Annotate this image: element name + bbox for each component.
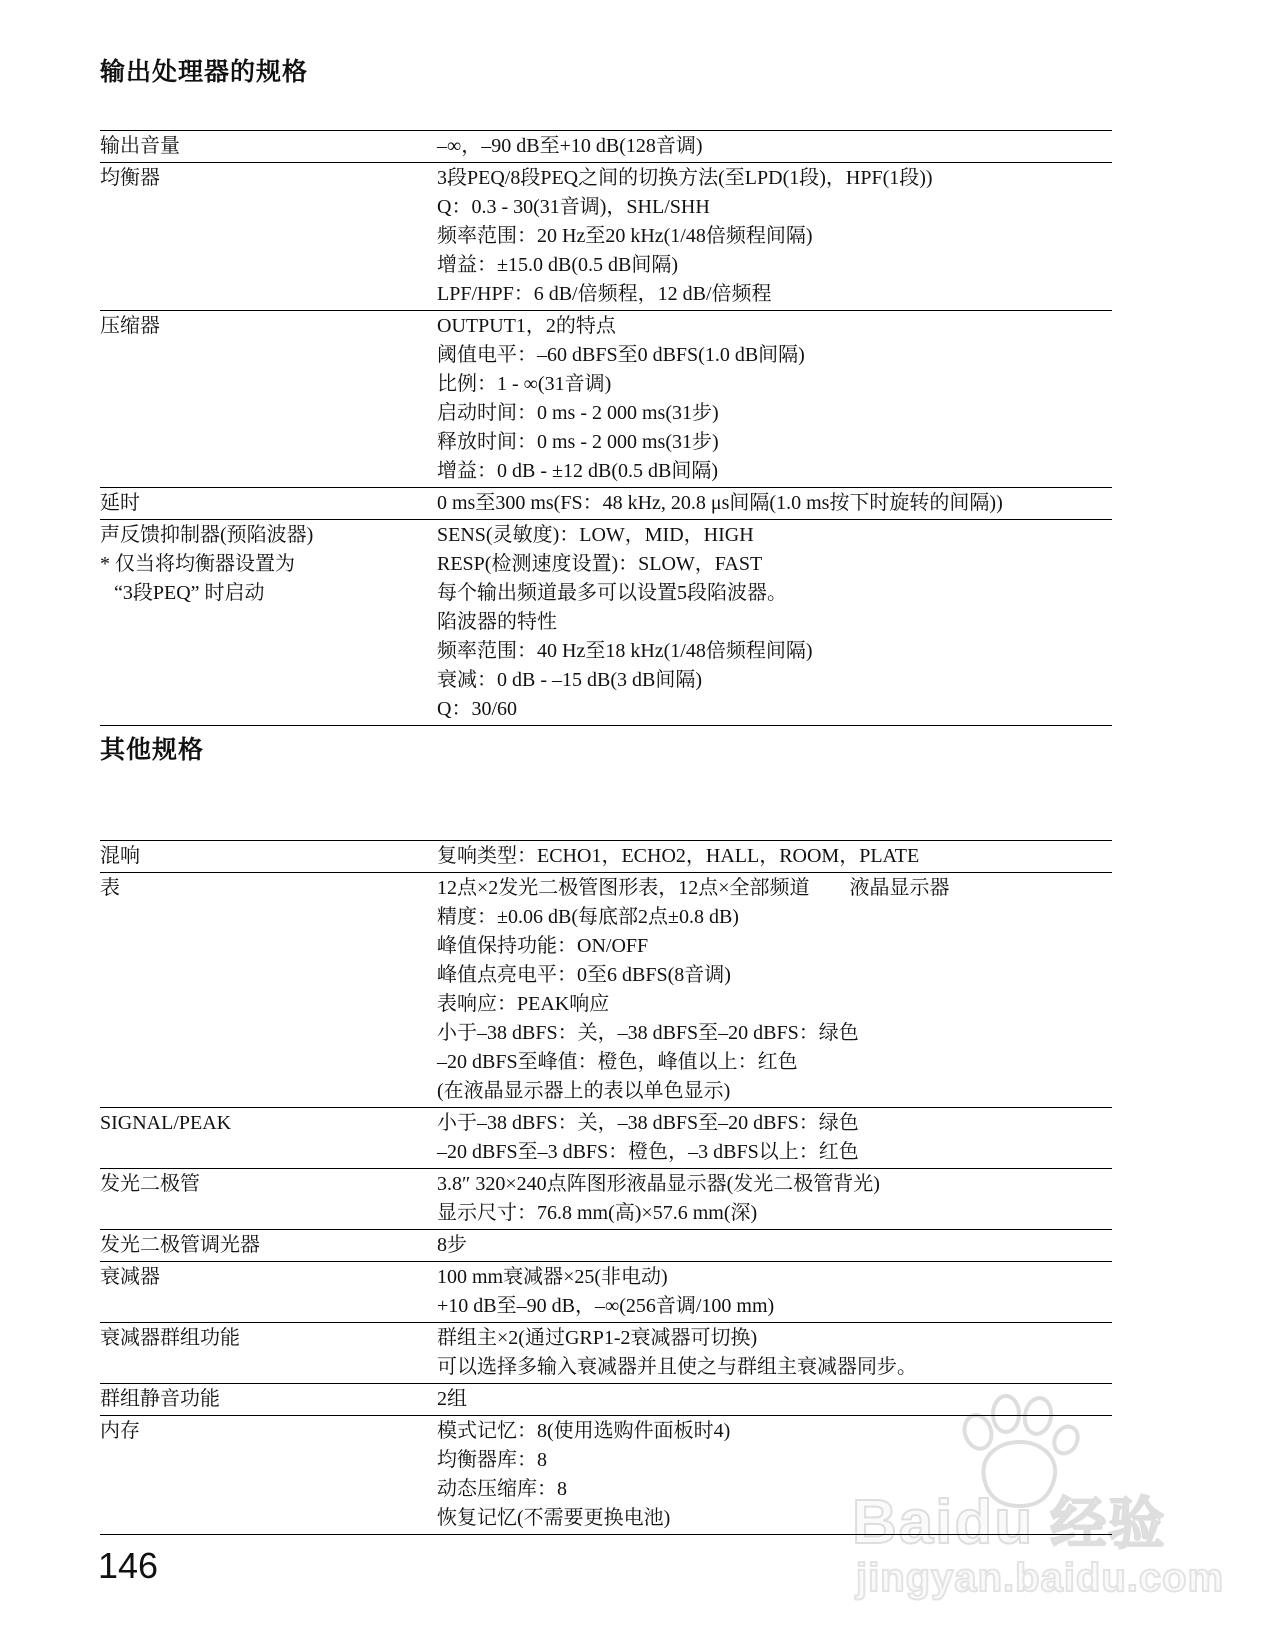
spec-row: 发光二极管调光器8步: [100, 1229, 1112, 1261]
spec-value-line: 小于–38 dBFS：关，–38 dBFS至–20 dBFS：绿色: [437, 1109, 1112, 1138]
section-title-output-processor-specs: 输出处理器的规格: [100, 52, 308, 88]
spec-row: 衰减器群组功能群组主×2(通过GRP1-2衰减器可切换)可以选择多输入衰减器并且…: [100, 1322, 1112, 1383]
spec-row: 声反馈抑制器(预陷波器)* 仅当将均衡器设置为“3段PEQ” 时启动SENS(灵…: [100, 519, 1112, 725]
spec-value-line: 阈值电平：–60 dBFS至0 dBFS(1.0 dB间隔): [437, 341, 1112, 370]
spec-value-line: 100 mm衰减器×25(非电动): [437, 1263, 1112, 1292]
spec-value-line: –∞，–90 dB至+10 dB(128音调): [437, 132, 1112, 161]
spec-value-line: LPF/HPF：6 dB/倍频程，12 dB/倍频程: [437, 280, 1112, 309]
spec-value-line: 恢复记忆(不需要更换电池): [437, 1504, 1112, 1533]
spec-value-line: –20 dBFS至峰值：橙色，峰值以上：红色: [437, 1048, 1112, 1077]
spec-value-line: 启动时间：0 ms - 2 000 ms(31步): [437, 399, 1112, 428]
spec-value-line: –20 dBFS至–3 dBFS：橙色，–3 dBFS以上：红色: [437, 1138, 1112, 1167]
spec-label-cell: 发光二极管: [100, 1170, 437, 1199]
document-page: Baidu经验 jingyan.baidu.com 输出处理器的规格 输出音量–…: [0, 0, 1275, 1652]
spec-row: 表12点×2发光二极管图形表，12点×全部频道 液晶显示器精度：±0.06 dB…: [100, 872, 1112, 1107]
spec-value-line: 每个输出频道最多可以设置5段陷波器。: [437, 579, 1112, 608]
spec-label: 群组静音功能: [100, 1385, 437, 1414]
spec-values: 0 ms至300 ms(FS：48 kHz, 20.8 μs间隔(1.0 ms按…: [437, 489, 1112, 518]
spec-values: 小于–38 dBFS：关，–38 dBFS至–20 dBFS：绿色–20 dBF…: [437, 1109, 1112, 1167]
spec-label: 延时: [100, 489, 437, 518]
spec-label-note: * 仅当将均衡器设置为: [100, 550, 437, 579]
spec-value-line: SENS(灵敏度)：LOW，MID，HIGH: [437, 521, 1112, 550]
spec-row: 延时0 ms至300 ms(FS：48 kHz, 20.8 μs间隔(1.0 m…: [100, 487, 1112, 519]
spec-row: SIGNAL/PEAK小于–38 dBFS：关，–38 dBFS至–20 dBF…: [100, 1107, 1112, 1168]
spec-value-line: 陷波器的特性: [437, 608, 1112, 637]
spec-value-line: 群组主×2(通过GRP1-2衰减器可切换): [437, 1324, 1112, 1353]
spec-label-cell: 混响: [100, 842, 437, 871]
spec-row: 混响复响类型：ECHO1，ECHO2，HALL，ROOM，PLATE: [100, 840, 1112, 872]
spec-label: 均衡器: [100, 164, 437, 193]
output-processor-spec-table: 输出音量–∞，–90 dB至+10 dB(128音调)均衡器3段PEQ/8段PE…: [100, 130, 1112, 726]
spec-values: –∞，–90 dB至+10 dB(128音调): [437, 132, 1112, 161]
spec-label-cell: 衰减器群组功能: [100, 1324, 437, 1353]
spec-value-line: OUTPUT1，2的特点: [437, 312, 1112, 341]
spec-value-line: 0 ms至300 ms(FS：48 kHz, 20.8 μs间隔(1.0 ms按…: [437, 489, 1112, 518]
spec-label-cell: 延时: [100, 489, 437, 518]
spec-value-line: 增益：0 dB - ±12 dB(0.5 dB间隔): [437, 457, 1112, 486]
spec-label: 衰减器群组功能: [100, 1324, 437, 1353]
spec-label-cell: 内存: [100, 1417, 437, 1446]
spec-row: 群组静音功能2组: [100, 1383, 1112, 1415]
spec-values: 2组: [437, 1385, 1112, 1414]
spec-value-line: 8步: [437, 1231, 1112, 1260]
spec-value-line: 峰值保持功能：ON/OFF: [437, 932, 1112, 961]
spec-values: 群组主×2(通过GRP1-2衰减器可切换)可以选择多输入衰减器并且使之与群组主衰…: [437, 1324, 1112, 1382]
spec-value-line: 12点×2发光二极管图形表，12点×全部频道 液晶显示器: [437, 874, 1112, 903]
spec-value-line: 频率范围：20 Hz至20 kHz(1/48倍频程间隔): [437, 222, 1112, 251]
spec-label: 发光二极管调光器: [100, 1231, 437, 1260]
spec-label-cell: 群组静音功能: [100, 1385, 437, 1414]
spec-row: 衰减器100 mm衰减器×25(非电动)+10 dB至–90 dB，–∞(256…: [100, 1261, 1112, 1322]
other-spec-table: 混响复响类型：ECHO1，ECHO2，HALL，ROOM，PLATE表12点×2…: [100, 840, 1112, 1535]
spec-value-line: Q：30/60: [437, 695, 1112, 724]
section-title-other-specs: 其他规格: [100, 730, 204, 766]
spec-value-line: 动态压缩库：8: [437, 1475, 1112, 1504]
spec-row: 压缩器OUTPUT1，2的特点阈值电平：–60 dBFS至0 dBFS(1.0 …: [100, 310, 1112, 487]
spec-label-cell: 压缩器: [100, 312, 437, 341]
spec-value-line: 比例：1 - ∞(31音调): [437, 370, 1112, 399]
spec-row: 均衡器3段PEQ/8段PEQ之间的切换方法(至LPD(1段)，HPF(1段))Q…: [100, 162, 1112, 310]
spec-values: 模式记忆：8(使用选购件面板时4)均衡器库：8动态压缩库：8恢复记忆(不需要更换…: [437, 1417, 1112, 1533]
spec-value-line: 频率范围：40 Hz至18 kHz(1/48倍频程间隔): [437, 637, 1112, 666]
spec-label-cell: 表: [100, 874, 437, 903]
spec-value-line: 均衡器库：8: [437, 1446, 1112, 1475]
spec-values: 8步: [437, 1231, 1112, 1260]
spec-value-line: +10 dB至–90 dB，–∞(256音调/100 mm): [437, 1292, 1112, 1321]
spec-values: 3段PEQ/8段PEQ之间的切换方法(至LPD(1段)，HPF(1段))Q：0.…: [437, 164, 1112, 309]
spec-values: 100 mm衰减器×25(非电动)+10 dB至–90 dB，–∞(256音调/…: [437, 1263, 1112, 1321]
spec-label: 表: [100, 874, 437, 903]
spec-value-line: Q：0.3 - 30(31音调)，SHL/SHH: [437, 193, 1112, 222]
spec-value-line: 复响类型：ECHO1，ECHO2，HALL，ROOM，PLATE: [437, 842, 1112, 871]
spec-row: 发光二极管3.8″ 320×240点阵图形液晶显示器(发光二极管背光)显示尺寸：…: [100, 1168, 1112, 1229]
spec-value-line: 显示尺寸：76.8 mm(高)×57.6 mm(深): [437, 1199, 1112, 1228]
spec-value-line: RESP(检测速度设置)：SLOW，FAST: [437, 550, 1112, 579]
spec-label-note: “3段PEQ” 时启动: [100, 579, 437, 608]
spec-value-line: 衰减：0 dB - –15 dB(3 dB间隔): [437, 666, 1112, 695]
spec-label: SIGNAL/PEAK: [100, 1109, 437, 1138]
spec-label: 发光二极管: [100, 1170, 437, 1199]
spec-label: 声反馈抑制器(预陷波器): [100, 521, 437, 550]
spec-value-line: 可以选择多输入衰减器并且使之与群组主衰减器同步。: [437, 1353, 1112, 1382]
spec-label: 混响: [100, 842, 437, 871]
spec-value-line: 表响应：PEAK响应: [437, 990, 1112, 1019]
spec-label: 压缩器: [100, 312, 437, 341]
spec-label-cell: 声反馈抑制器(预陷波器)* 仅当将均衡器设置为“3段PEQ” 时启动: [100, 521, 437, 608]
watermark-url-text: jingyan.baidu.com: [856, 1556, 1224, 1601]
spec-label: 内存: [100, 1417, 437, 1446]
spec-label-cell: 输出音量: [100, 132, 437, 161]
spec-value-line: 小于–38 dBFS：关，–38 dBFS至–20 dBFS：绿色: [437, 1019, 1112, 1048]
spec-label-cell: SIGNAL/PEAK: [100, 1109, 437, 1138]
spec-value-line: 3.8″ 320×240点阵图形液晶显示器(发光二极管背光): [437, 1170, 1112, 1199]
spec-row: 输出音量–∞，–90 dB至+10 dB(128音调): [100, 130, 1112, 162]
spec-value-line: 增益：±15.0 dB(0.5 dB间隔): [437, 251, 1112, 280]
spec-value-line: 3段PEQ/8段PEQ之间的切换方法(至LPD(1段)，HPF(1段)): [437, 164, 1112, 193]
spec-values: OUTPUT1，2的特点阈值电平：–60 dBFS至0 dBFS(1.0 dB间…: [437, 312, 1112, 486]
spec-row: 内存模式记忆：8(使用选购件面板时4)均衡器库：8动态压缩库：8恢复记忆(不需要…: [100, 1415, 1112, 1534]
spec-label-cell: 发光二极管调光器: [100, 1231, 437, 1260]
spec-values: 复响类型：ECHO1，ECHO2，HALL，ROOM，PLATE: [437, 842, 1112, 871]
spec-label-cell: 衰减器: [100, 1263, 437, 1292]
spec-values: SENS(灵敏度)：LOW，MID，HIGHRESP(检测速度设置)：SLOW，…: [437, 521, 1112, 724]
spec-value-line: 释放时间：0 ms - 2 000 ms(31步): [437, 428, 1112, 457]
spec-value-line: (在液晶显示器上的表以单色显示): [437, 1077, 1112, 1106]
spec-value-line: 模式记忆：8(使用选购件面板时4): [437, 1417, 1112, 1446]
spec-value-line: 2组: [437, 1385, 1112, 1414]
spec-values: 12点×2发光二极管图形表，12点×全部频道 液晶显示器精度：±0.06 dB(…: [437, 874, 1112, 1106]
page-number: 146: [98, 1545, 158, 1587]
spec-label-cell: 均衡器: [100, 164, 437, 193]
spec-value-line: 精度：±0.06 dB(每底部2点±0.8 dB): [437, 903, 1112, 932]
spec-values: 3.8″ 320×240点阵图形液晶显示器(发光二极管背光)显示尺寸：76.8 …: [437, 1170, 1112, 1228]
spec-label: 输出音量: [100, 132, 437, 161]
spec-label: 衰减器: [100, 1263, 437, 1292]
spec-value-line: 峰值点亮电平：0至6 dBFS(8音调): [437, 961, 1112, 990]
